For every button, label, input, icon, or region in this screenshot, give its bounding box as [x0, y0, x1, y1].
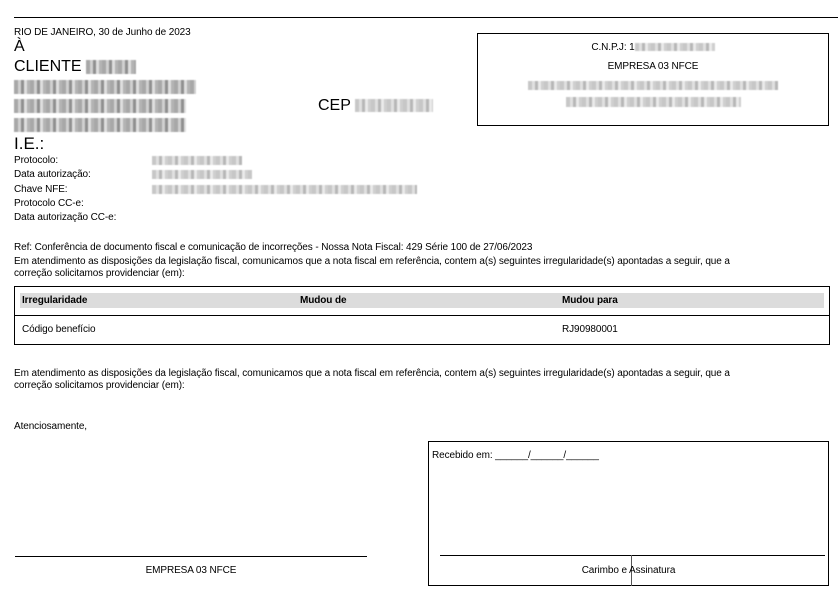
- top-rule: [14, 17, 838, 18]
- left-signature-line: [15, 556, 367, 557]
- issuer-company-name: EMPRESA 03 NFCE: [478, 61, 828, 72]
- paragraph2-line2: correção solicitamos providenciar (em):: [14, 380, 185, 391]
- field-chave-nfe-label: Chave NFE:: [14, 184, 67, 195]
- field-data-autorizacao-cce-label: Data autorização CC-e:: [14, 212, 116, 223]
- cnpj-label: C.N.P.J: 1: [591, 42, 634, 53]
- left-signature-label: EMPRESA 03 NFCE: [15, 565, 367, 576]
- reference-line: Ref: Conferência de documento fiscal e c…: [14, 242, 532, 253]
- field-protocolo-cce-label: Protocolo CC-e:: [14, 198, 84, 209]
- received-date-label: Recebido em: ______/______/______: [432, 450, 599, 461]
- place-date: RIO DE JANEIRO, 30 de Junho de 2023: [14, 27, 191, 38]
- client-address-line2: [14, 99, 186, 113]
- issuer-cnpj: C.N.P.J: 1: [478, 42, 828, 53]
- column-header-irregularidade: Irregularidade: [22, 295, 87, 306]
- redacted-block: [528, 81, 778, 90]
- issuer-address-line1: [478, 80, 828, 91]
- column-header-mudou-para: Mudou para: [562, 295, 618, 306]
- to-prefix: À: [14, 38, 25, 56]
- field-chave-nfe-value: [152, 184, 417, 195]
- redacted-block: [152, 156, 242, 165]
- cell-mudou-para: RJ90980001: [562, 324, 618, 335]
- closing-text: Atenciosamente,: [14, 421, 87, 432]
- redacted-block: [152, 170, 252, 179]
- client-line: CLIENTE: [14, 58, 136, 76]
- ie-label: I.E.:: [14, 134, 44, 154]
- cnpj-redacted: [635, 43, 715, 51]
- client-address-line3: [14, 118, 186, 132]
- column-header-mudou-de: Mudou de: [300, 295, 346, 306]
- client-name-redacted: [86, 60, 136, 74]
- redacted-block: [152, 185, 417, 194]
- paragraph1-line2: correção solicitamos providenciar (em):: [14, 268, 185, 279]
- issuer-box: C.N.P.J: 1 EMPRESA 03 NFCE: [477, 33, 829, 126]
- field-protocolo-label: Protocolo:: [14, 155, 58, 166]
- redacted-block: [14, 118, 186, 132]
- issuer-address-line2: [478, 97, 828, 108]
- paragraph2-line1: Em atendimento as disposições da legisla…: [14, 368, 730, 379]
- cep-label: CEP: [318, 97, 351, 114]
- field-data-autorizacao-label: Data autorização:: [14, 169, 91, 180]
- table-header-row: [20, 293, 824, 308]
- redacted-block: [566, 97, 741, 107]
- right-signature-label: Carimbo e Assinatura: [429, 565, 828, 576]
- right-signature-line: [440, 555, 825, 556]
- redacted-block: [14, 99, 186, 113]
- cep-line: CEP: [318, 97, 433, 115]
- cep-value-redacted: [355, 99, 433, 112]
- client-address-line1: [14, 80, 196, 94]
- client-label: CLIENTE: [14, 58, 82, 75]
- cell-irregularidade: Código benefício: [22, 324, 95, 335]
- paragraph1-line1: Em atendimento as disposições da legisla…: [14, 256, 730, 267]
- field-protocolo-value: [152, 155, 242, 166]
- field-data-autorizacao-value: [152, 169, 252, 180]
- table-header-divider: [14, 315, 830, 316]
- redacted-block: [14, 80, 196, 94]
